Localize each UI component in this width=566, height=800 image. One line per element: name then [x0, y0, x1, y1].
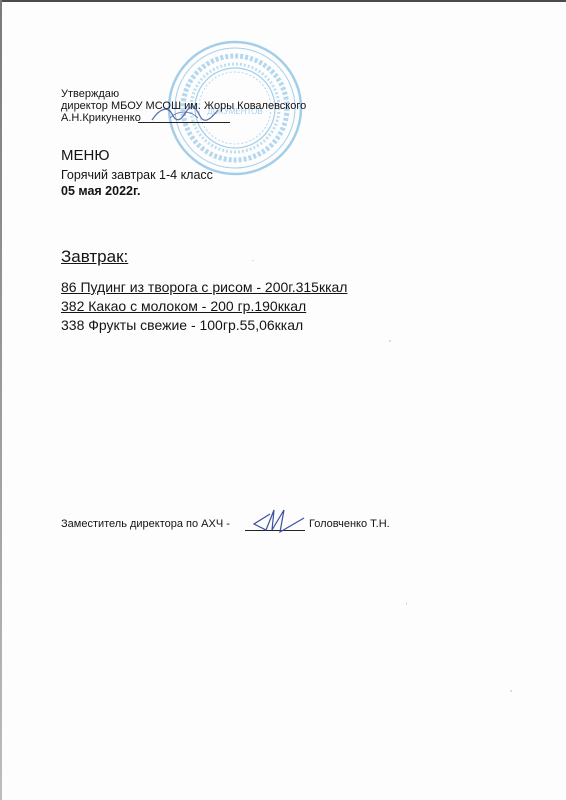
scan-speck: [389, 340, 391, 342]
director-name: А.Н.Крикуненко: [61, 112, 141, 124]
scan-speck: [406, 602, 407, 605]
dish-item: 338 Фрукты свежие - 100гр.55,06ккал: [61, 317, 329, 333]
dish-item: 86 Пудинг из творога с рисом - 200г.315к…: [61, 279, 347, 295]
deputy-signature-icon: [248, 504, 306, 534]
scan-left-edge: [0, 0, 2, 800]
menu-date: 05 мая 2022г.: [61, 184, 140, 198]
director-signature-icon: [150, 104, 220, 126]
menu-title: МЕНЮ: [61, 147, 110, 164]
scan-speck: [510, 690, 512, 692]
approval-label: Утверждаю: [61, 88, 119, 100]
deputy-director-name: Головченко Т.Н.: [309, 518, 390, 530]
scan-speck: [252, 260, 254, 261]
menu-subtitle: Горячий завтрак 1-4 класс: [61, 168, 213, 182]
meal-heading: Завтрак:: [61, 247, 128, 267]
deputy-director-title: Заместитель директора по АХЧ -: [61, 518, 230, 530]
dish-item: 382 Какао с молоком - 200 гр.190ккал: [61, 298, 385, 314]
scan-top-edge: [0, 0, 566, 2]
